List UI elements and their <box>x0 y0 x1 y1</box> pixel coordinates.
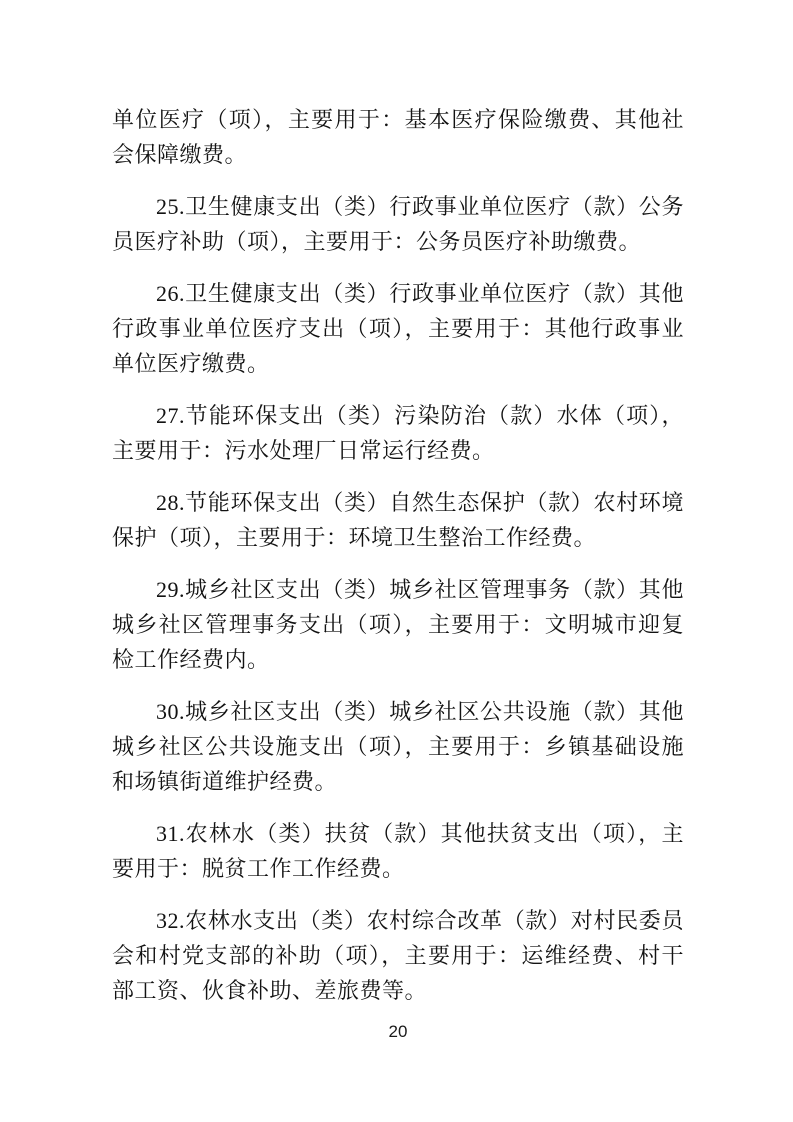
paragraph: 25.卫生健康支出（类）行政事业单位医疗（款）公务员医疗补助（项），主要用于：公… <box>112 189 684 259</box>
paragraph: 32.农林水支出（类）农村综合改革（款）对村民委员会和村党支部的补助（项），主要… <box>112 903 684 1008</box>
paragraph: 单位医疗（项），主要用于：基本医疗保险缴费、其他社会保障缴费。 <box>112 102 684 172</box>
paragraph: 28.节能环保支出（类）自然生态保护（款）农村环境保护（项），主要用于：环境卫生… <box>112 485 684 555</box>
paragraph: 29.城乡社区支出（类）城乡社区管理事务（款）其他城乡社区管理事务支出（项），主… <box>112 572 684 677</box>
paragraph: 27.节能环保支出（类）污染防治（款）水体（项），主要用于：污水处理厂日常运行经… <box>112 398 684 468</box>
document-page: 单位医疗（项），主要用于：基本医疗保险缴费、其他社会保障缴费。25.卫生健康支出… <box>0 0 793 1122</box>
paragraph: 31.农林水（类）扶贫（款）其他扶贫支出（项），主要用于：脱贫工作工作经费。 <box>112 816 684 886</box>
paragraph: 26.卫生健康支出（类）行政事业单位医疗（款）其他行政事业单位医疗支出（项），主… <box>112 276 684 381</box>
page-number: 20 <box>112 1022 684 1042</box>
paragraph-list: 单位医疗（项），主要用于：基本医疗保险缴费、其他社会保障缴费。25.卫生健康支出… <box>112 102 684 1008</box>
document-body: 单位医疗（项），主要用于：基本医疗保险缴费、其他社会保障缴费。25.卫生健康支出… <box>0 0 793 1042</box>
paragraph: 30.城乡社区支出（类）城乡社区公共设施（款）其他城乡社区公共设施支出（项），主… <box>112 694 684 799</box>
